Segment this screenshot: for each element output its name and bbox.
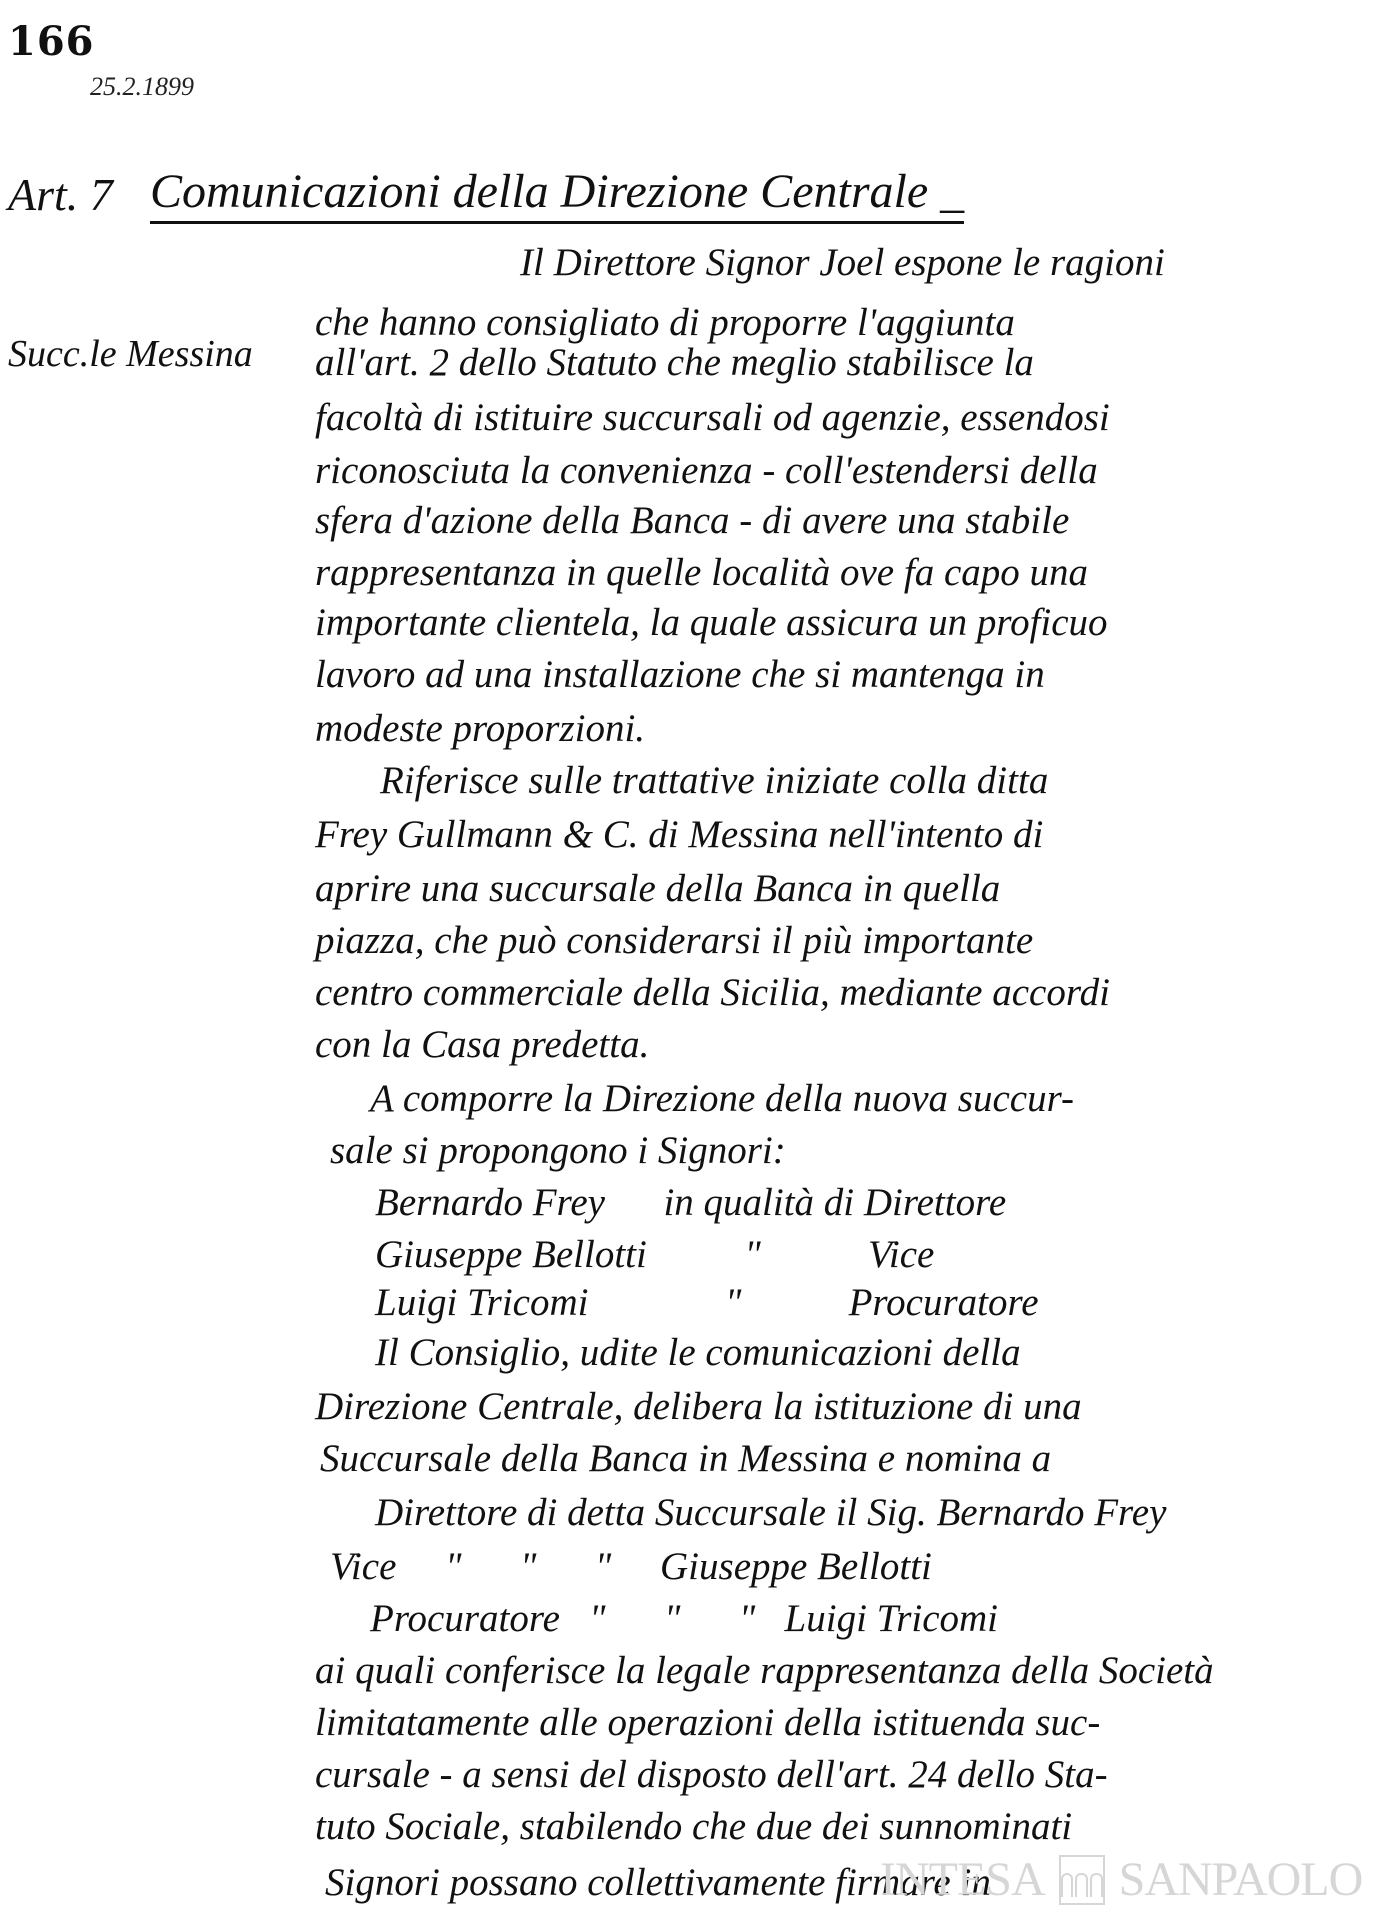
minutes-line: tuto Sociale, stabilendo che due dei sun…: [315, 1804, 1072, 1849]
minutes-line: aprire una succursale della Banca in que…: [315, 866, 1000, 911]
minutes-line: Riferisce sulle trattative iniziate coll…: [380, 758, 1048, 803]
margin-note: Succ.le Messina: [8, 332, 253, 376]
minutes-line: sale si propongono i Signori:: [330, 1128, 786, 1173]
minutes-line: Succursale della Banca in Messina e nomi…: [320, 1436, 1051, 1481]
minutes-line: lavoro ad una installazione che si mante…: [315, 652, 1045, 697]
minutes-line: Luigi Tricomi " Procuratore: [375, 1280, 1039, 1325]
minutes-line: Direttore di detta Succursale il Sig. Be…: [375, 1490, 1166, 1535]
minutes-line: cursale - a sensi del disposto dell'art.…: [315, 1752, 1108, 1797]
minutes-line: limitatamente alle operazioni della isti…: [315, 1700, 1100, 1745]
minutes-line: facoltà di istituire succursali od agenz…: [315, 395, 1110, 440]
minutes-line: centro commerciale della Sicilia, median…: [315, 970, 1110, 1015]
watermark-left-text: INTESA: [880, 1852, 1045, 1907]
minutes-line: Procuratore " " " Luigi Tricomi: [370, 1596, 998, 1641]
minutes-line: che hanno consigliato di proporre l'aggi…: [315, 300, 1015, 345]
minutes-line: piazza, che può considerarsi il più impo…: [315, 918, 1033, 963]
minutes-line: Giuseppe Bellotti " Vice: [375, 1232, 934, 1277]
minutes-line: modeste proporzioni.: [315, 706, 645, 751]
minutes-line: riconosciuta la convenienza - coll'esten…: [315, 448, 1098, 493]
minutes-line: Direzione Centrale, delibera la istituzi…: [315, 1384, 1082, 1429]
minutes-line: all'art. 2 dello Statuto che meglio stab…: [315, 340, 1034, 385]
watermark-right-text: SANPAOLO: [1119, 1852, 1363, 1907]
minutes-line: ai quali conferisce la legale rappresent…: [315, 1648, 1214, 1693]
minutes-line: Bernardo Frey in qualità di Direttore: [375, 1180, 1006, 1225]
article-title: Comunicazioni della Direzione Centrale _: [150, 164, 964, 224]
minutes-line: sfera d'azione della Banca - di avere un…: [315, 498, 1069, 543]
minutes-line: Il Direttore Signor Joel espone le ragio…: [520, 240, 1165, 285]
minutes-line: importante clientela, la quale assicura …: [315, 600, 1108, 645]
date-stamp: 25.2.1899: [90, 72, 194, 102]
minutes-line: con la Casa predetta.: [315, 1022, 649, 1067]
arch-logo-icon: [1059, 1855, 1105, 1905]
minutes-line: Frey Gullmann & C. di Messina nell'inten…: [315, 812, 1043, 857]
minutes-line: Il Consiglio, udite le comunicazioni del…: [375, 1330, 1021, 1375]
minutes-line: A comporre la Direzione della nuova succ…: [370, 1076, 1074, 1121]
minutes-line: rappresentanza in quelle località ove fa…: [315, 550, 1088, 595]
minutes-line: Vice " " " Giuseppe Bellotti: [330, 1544, 932, 1589]
page-number: 166: [8, 18, 95, 65]
article-label: Art. 7: [8, 168, 113, 221]
watermark: INTESA SANPAOLO: [880, 1852, 1362, 1907]
